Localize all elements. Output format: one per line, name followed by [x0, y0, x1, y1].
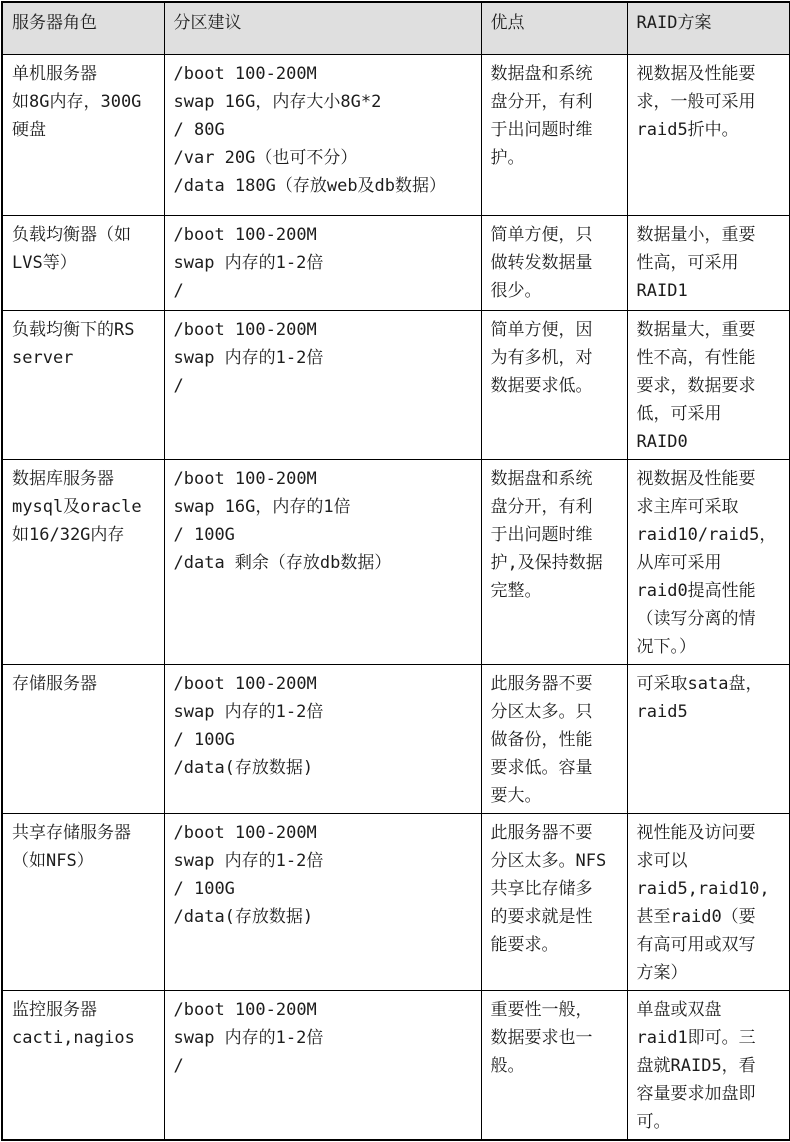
cell-server-role: 共享存储服务器 （如NFS）: [2, 814, 164, 991]
cell-advantage: 数据盘和系统 盘分开，有利 于出问题时维 护,及保持数据 完整。: [481, 460, 627, 665]
header-partition-suggestion: 分区建议: [164, 2, 481, 55]
cell-server-role: 负载均衡器（如 LVS等）: [2, 216, 164, 311]
cell-server-role: 负载均衡下的RS server: [2, 311, 164, 460]
cell-raid: 单盘或双盘 raid1即可。三 盘就RAID5，看 容量要求加盘即 可。: [627, 991, 790, 1141]
cell-server-role: 数据库服务器 mysql及oracle 如16/32G内存: [2, 460, 164, 665]
cell-raid: 视数据及性能要 求，一般可采用 raid5折中。: [627, 55, 790, 216]
cell-partition: /boot 100-200M swap 内存的1-2倍 /: [164, 311, 481, 460]
cell-server-role: 监控服务器 cacti,nagios: [2, 991, 164, 1141]
cell-raid: 数据量小，重要 性高，可采用 RAID1: [627, 216, 790, 311]
cell-partition: /boot 100-200M swap 内存的1-2倍 /: [164, 216, 481, 311]
document-page: 服务器角色 分区建议 优点 RAID方案 单机服务器 如8G内存，300G 硬盘…: [0, 1, 790, 1141]
cell-advantage: 简单方便，因 为有多机，对 数据要求低。: [481, 311, 627, 460]
table-row: 存储服务器 /boot 100-200M swap 内存的1-2倍 / 100G…: [2, 665, 790, 814]
server-partition-table: 服务器角色 分区建议 优点 RAID方案 单机服务器 如8G内存，300G 硬盘…: [1, 1, 790, 1141]
cell-advantage: 此服务器不要 分区太多。只 做备份，性能 要求低。容量 要大。: [481, 665, 627, 814]
header-raid-plan: RAID方案: [627, 2, 790, 55]
cell-partition: /boot 100-200M swap 16G，内存大小8G*2 / 80G /…: [164, 55, 481, 216]
cell-partition: /boot 100-200M swap 16G，内存的1倍 / 100G /da…: [164, 460, 481, 665]
table-row: 单机服务器 如8G内存，300G 硬盘 /boot 100-200M swap …: [2, 55, 790, 216]
cell-raid: 数据量大，重要 性不高，有性能 要求，数据要求 低，可采用 RAID0: [627, 311, 790, 460]
cell-partition: /boot 100-200M swap 内存的1-2倍 /: [164, 991, 481, 1141]
cell-advantage: 数据盘和系统 盘分开，有利 于出问题时维 护。: [481, 55, 627, 216]
header-advantage: 优点: [481, 2, 627, 55]
header-server-role: 服务器角色: [2, 2, 164, 55]
cell-server-role: 存储服务器: [2, 665, 164, 814]
table-row: 负载均衡下的RS server /boot 100-200M swap 内存的1…: [2, 311, 790, 460]
cell-raid: 可采取sata盘， raid5: [627, 665, 790, 814]
cell-raid: 视性能及访问要 求可以 raid5,raid10, 甚至raid0（要 有高可用…: [627, 814, 790, 991]
table-header-row: 服务器角色 分区建议 优点 RAID方案: [2, 2, 790, 55]
cell-server-role: 单机服务器 如8G内存，300G 硬盘: [2, 55, 164, 216]
table-row: 监控服务器 cacti,nagios /boot 100-200M swap 内…: [2, 991, 790, 1141]
cell-partition: /boot 100-200M swap 内存的1-2倍 / 100G /data…: [164, 814, 481, 991]
cell-raid: 视数据及性能要 求主库可采取 raid10/raid5， 从库可采用 raid0…: [627, 460, 790, 665]
table-row: 共享存储服务器 （如NFS） /boot 100-200M swap 内存的1-…: [2, 814, 790, 991]
table-row: 数据库服务器 mysql及oracle 如16/32G内存 /boot 100-…: [2, 460, 790, 665]
cell-advantage: 重要性一般， 数据要求也一 般。: [481, 991, 627, 1141]
table-row: 负载均衡器（如 LVS等） /boot 100-200M swap 内存的1-2…: [2, 216, 790, 311]
cell-advantage: 简单方便，只 做转发数据量 很少。: [481, 216, 627, 311]
cell-advantage: 此服务器不要 分区太多。NFS 共享比存储多 的要求就是性 能要求。: [481, 814, 627, 991]
cell-partition: /boot 100-200M swap 内存的1-2倍 / 100G /data…: [164, 665, 481, 814]
